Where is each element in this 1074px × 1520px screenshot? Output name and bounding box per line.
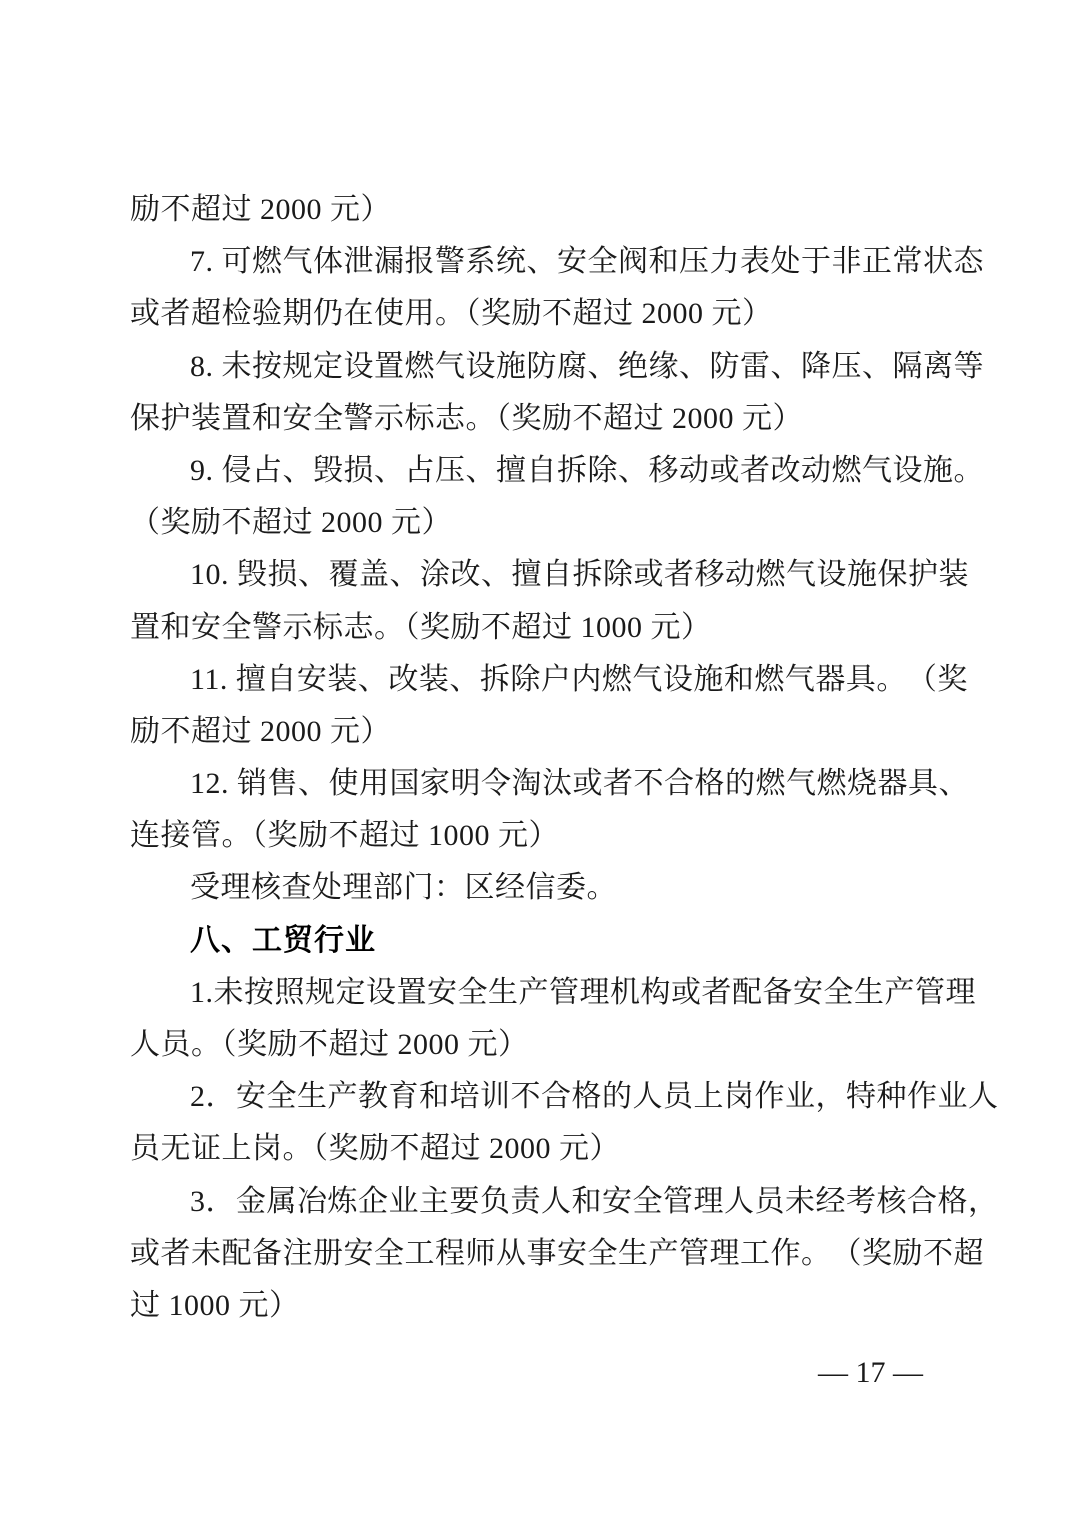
- text-token: 10.: [190, 549, 237, 601]
- text-token: 保: [878, 549, 909, 601]
- text-token: 或: [130, 1228, 161, 1280]
- text-token: 定: [313, 341, 344, 393]
- text-token: 者: [603, 758, 634, 810]
- text-token: 。: [954, 445, 985, 497]
- text-token: 置: [374, 341, 405, 393]
- text-token: 人: [724, 1176, 755, 1228]
- text-token: 可: [222, 236, 253, 288]
- text-token: 员: [755, 1176, 786, 1228]
- text-token: （: [907, 654, 938, 706]
- text-token: 工: [405, 1228, 436, 1280]
- text-token: 装: [327, 654, 358, 706]
- text-token: 设: [366, 967, 397, 1019]
- text-token: 置: [397, 967, 428, 1019]
- text-token: 设: [663, 654, 694, 706]
- text-token: 自: [542, 549, 573, 601]
- text-token: 奖: [862, 1228, 893, 1280]
- text-token: 泄: [344, 236, 375, 288]
- text-token: 淘: [512, 758, 543, 810]
- text-token: 状: [923, 236, 954, 288]
- text-token: 设: [344, 341, 375, 393]
- text-line: （奖励不超过 2000 元）: [130, 497, 952, 549]
- text-token: 燃: [252, 236, 283, 288]
- text-token: 装: [419, 654, 450, 706]
- text-token: （: [832, 1228, 863, 1280]
- text-token: 未: [222, 341, 253, 393]
- text-line: 过 1000 元）: [130, 1280, 952, 1332]
- text-token: 管: [663, 1176, 694, 1228]
- text-token: 雷: [740, 341, 771, 393]
- text-token: 、: [862, 341, 893, 393]
- text-token: 种: [877, 1071, 908, 1123]
- document-page: 励不超过 2000 元）7. 可燃气体泄漏报警系统、安全阀和压力表处于非正常状态…: [0, 0, 1074, 1520]
- text-line: 置和安全警示标志。（奖励不超过 1000 元）: [130, 602, 952, 654]
- text-token: 安: [793, 967, 824, 1019]
- text-token: 配: [732, 967, 763, 1019]
- text-token: 燃: [602, 654, 633, 706]
- text-token: 业: [389, 1176, 420, 1228]
- text-token: 培: [450, 1071, 481, 1123]
- text-token: 除: [588, 445, 619, 497]
- text-token: 产: [885, 967, 916, 1019]
- text-token: 规: [283, 341, 314, 393]
- text-token: 奖: [937, 654, 968, 706]
- text-token: 产: [649, 1228, 680, 1280]
- text-token: 烧: [847, 758, 878, 810]
- text-token: 安: [427, 967, 458, 1019]
- text-token: 安: [236, 1071, 267, 1123]
- text-token: 离: [923, 341, 954, 393]
- text-token: ．: [206, 1176, 237, 1228]
- text-token: 或: [671, 967, 702, 1019]
- text-token: 、: [939, 758, 970, 810]
- text-token: 1.: [190, 967, 214, 1019]
- text-token: 安: [557, 236, 588, 288]
- text-token: 者: [702, 967, 733, 1019]
- text-line: 12. 销售、使用国家明令淘汰或者不合格的燃气燃烧器具、: [130, 758, 952, 810]
- text-token: 者: [664, 549, 695, 601]
- text-token: 拆: [573, 549, 604, 601]
- text-line: 受理核查处理部门：区经信委。: [130, 862, 952, 914]
- text-token: 移: [649, 445, 680, 497]
- text-token: 施: [496, 341, 527, 393]
- text-token: 、: [771, 341, 802, 393]
- text-token: 具: [846, 654, 877, 706]
- text-token: 占: [405, 445, 436, 497]
- page-number: — 17 —: [818, 1347, 923, 1399]
- text-token: 汰: [542, 758, 573, 810]
- text-token: 气: [785, 654, 816, 706]
- text-token: 考: [846, 1176, 877, 1228]
- text-line: 员无证上岗。（奖励不超过 2000 元）: [130, 1123, 952, 1175]
- text-token: 8.: [190, 341, 222, 393]
- text-token: 9.: [190, 445, 222, 497]
- text-token: 生: [854, 967, 885, 1019]
- text-token: 等: [954, 341, 985, 393]
- text-token: 、: [527, 236, 558, 288]
- text-line: 人员。（奖励不超过 2000 元）: [130, 1019, 952, 1071]
- text-token: 动: [801, 445, 832, 497]
- text-token: 力: [710, 236, 741, 288]
- text-token: 使: [329, 758, 360, 810]
- text-token: 合: [541, 1071, 572, 1123]
- text-token: 统: [496, 236, 527, 288]
- text-line: 9. 侵占、毁损、占压、擅自拆除、移动或者改动燃气设施。: [130, 445, 952, 497]
- text-token: 冶: [297, 1176, 328, 1228]
- text-token: 表: [740, 236, 771, 288]
- text-token: 气: [632, 654, 663, 706]
- text-line: 7. 可燃气体泄漏报警系统、安全阀和压力表处于非正常状态: [130, 236, 952, 288]
- text-token: 备: [252, 1228, 283, 1280]
- text-token: 备: [763, 967, 794, 1019]
- text-token: 管: [679, 1228, 710, 1280]
- text-token: 自: [266, 654, 297, 706]
- text-token: 国: [390, 758, 421, 810]
- text-token: 安: [297, 654, 328, 706]
- text-token: 理: [694, 1176, 725, 1228]
- text-token: 非: [832, 236, 863, 288]
- text-token: 、: [358, 654, 389, 706]
- text-token: 护: [908, 549, 939, 601]
- text-token: 全: [633, 1176, 664, 1228]
- text-token: 属: [267, 1176, 298, 1228]
- text-token: 责: [511, 1176, 542, 1228]
- text-token: 不: [923, 1228, 954, 1280]
- text-token: 金: [236, 1176, 267, 1228]
- text-token: 压: [832, 341, 863, 393]
- text-token: 气: [283, 236, 314, 288]
- text-token: 压: [679, 236, 710, 288]
- text-token: 气: [786, 758, 817, 810]
- text-line: 1.未按照规定设置安全生产管理机构或者配备安全生产管理: [130, 967, 952, 1019]
- text-token: 负: [480, 1176, 511, 1228]
- text-token: 全: [267, 1071, 298, 1123]
- text-token: 拆: [557, 445, 588, 497]
- text-token: 和: [649, 236, 680, 288]
- text-token: 改: [388, 654, 419, 706]
- text-token: 毁: [313, 445, 344, 497]
- text-token: 销: [237, 758, 268, 810]
- text-token: 主: [419, 1176, 450, 1228]
- text-token: 和: [572, 1176, 603, 1228]
- text-token: 、: [283, 445, 314, 497]
- text-token: 教: [358, 1071, 389, 1123]
- text-token: 人: [968, 1071, 999, 1123]
- text-token: 移: [695, 549, 726, 601]
- text-token: 的: [602, 1071, 633, 1123]
- text-token: 燃: [405, 341, 436, 393]
- text-token: 工: [740, 1228, 771, 1280]
- text-token: 涂: [420, 549, 451, 601]
- text-token: 、: [390, 549, 421, 601]
- text-line: 保护装置和安全警示标志。（奖励不超过 2000 元）: [130, 393, 952, 445]
- text-line: 3．金属冶炼企业主要负责人和安全管理人员未经考核合格，: [130, 1176, 952, 1228]
- text-token: 动: [725, 549, 756, 601]
- text-token: 防: [710, 341, 741, 393]
- text-token: 明: [451, 758, 482, 810]
- text-line: 11. 擅自安装、改装、拆除户内燃气设施和燃气器具。（奖: [130, 654, 952, 706]
- text-token: 、: [298, 758, 329, 810]
- text-token: ，: [816, 1071, 847, 1123]
- text-token: 未: [785, 1176, 816, 1228]
- text-token: 励: [893, 1228, 924, 1280]
- text-token: 家: [420, 758, 451, 810]
- text-token: 12.: [190, 758, 237, 810]
- text-token: 降: [801, 341, 832, 393]
- text-token: 燃: [756, 549, 787, 601]
- text-token: 、: [481, 549, 512, 601]
- text-token: 2: [190, 1071, 206, 1123]
- text-token: 压: [435, 445, 466, 497]
- text-token: 擅: [496, 445, 527, 497]
- text-token: 气: [862, 445, 893, 497]
- text-line: 励不超过 2000 元）: [130, 706, 952, 758]
- text-token: 岗: [724, 1071, 755, 1123]
- text-token: 作: [755, 1071, 786, 1123]
- text-token: 燃: [832, 445, 863, 497]
- text-token: 特: [846, 1071, 877, 1123]
- text-token: 格: [572, 1071, 603, 1123]
- text-token: 拆: [480, 654, 511, 706]
- text-token: 格: [938, 1176, 969, 1228]
- text-token: 安: [344, 1228, 375, 1280]
- text-token: 按: [252, 341, 283, 393]
- text-token: 动: [679, 445, 710, 497]
- text-token: 产: [328, 1071, 359, 1123]
- text-token: 或: [710, 445, 741, 497]
- text-token: 人: [633, 1071, 664, 1123]
- text-token: 腐: [557, 341, 588, 393]
- text-token: 安: [557, 1228, 588, 1280]
- text-token: 户: [541, 654, 572, 706]
- text-token: 防: [527, 341, 558, 393]
- text-token: 程: [435, 1228, 466, 1280]
- text-token: 生: [618, 1228, 649, 1280]
- text-token: 合: [664, 758, 695, 810]
- text-token: 气: [435, 341, 466, 393]
- text-token: 生: [297, 1071, 328, 1123]
- text-token: 者: [161, 1228, 192, 1280]
- text-token: 内: [571, 654, 602, 706]
- text-token: 、: [679, 341, 710, 393]
- text-token: 侵: [222, 445, 253, 497]
- text-token: 员: [663, 1071, 694, 1123]
- text-token: 改: [451, 549, 482, 601]
- text-token: 、: [466, 445, 497, 497]
- text-token: 损: [344, 445, 375, 497]
- text-token: 损: [268, 549, 299, 601]
- text-token: ，: [968, 1176, 999, 1228]
- section-heading: 八、工贸行业: [130, 915, 952, 967]
- text-token: ．: [206, 1071, 237, 1123]
- text-token: 和: [724, 654, 755, 706]
- text-token: 盖: [359, 549, 390, 601]
- text-block: 励不超过 2000 元）7. 可燃气体泄漏报警系统、安全阀和压力表处于非正常状态…: [130, 184, 952, 1332]
- text-token: 缘: [649, 341, 680, 393]
- text-token: 擅: [512, 549, 543, 601]
- text-token: 漏: [374, 236, 405, 288]
- text-token: 照: [275, 967, 306, 1019]
- text-token: 擅: [236, 654, 267, 706]
- text-token: 全: [374, 1228, 405, 1280]
- text-token: 册: [313, 1228, 344, 1280]
- text-token: 、: [618, 445, 649, 497]
- text-token: 注: [283, 1228, 314, 1280]
- text-token: 燃: [817, 758, 848, 810]
- text-token: 从: [496, 1228, 527, 1280]
- text-token: 3: [190, 1176, 206, 1228]
- text-token: 设: [817, 549, 848, 601]
- text-token: 人: [541, 1176, 572, 1228]
- text-token: 全: [588, 236, 619, 288]
- text-token: 用: [359, 758, 390, 810]
- text-token: 未: [214, 967, 245, 1019]
- text-token: 超: [954, 1228, 985, 1280]
- text-token: 上: [694, 1071, 725, 1123]
- text-token: 要: [450, 1176, 481, 1228]
- text-token: 未: [191, 1228, 222, 1280]
- text-token: 售: [268, 758, 299, 810]
- text-line: 励不超过 2000 元）: [130, 184, 952, 236]
- text-token: 事: [527, 1228, 558, 1280]
- text-token: 全: [458, 967, 489, 1019]
- text-token: 7.: [190, 236, 222, 288]
- text-token: 理: [710, 1228, 741, 1280]
- text-token: 器: [878, 758, 909, 810]
- text-token: 警: [435, 236, 466, 288]
- text-token: 于: [801, 236, 832, 288]
- text-token: 、: [298, 549, 329, 601]
- text-token: 理: [946, 967, 977, 1019]
- text-token: 业: [785, 1071, 816, 1123]
- text-token: 、: [374, 445, 405, 497]
- text-token: 经: [816, 1176, 847, 1228]
- text-token: 处: [771, 236, 802, 288]
- text-token: 改: [771, 445, 802, 497]
- text-token: 生: [488, 967, 519, 1019]
- text-token: 令: [481, 758, 512, 810]
- text-token: 覆: [329, 549, 360, 601]
- text-token: 燃: [754, 654, 785, 706]
- text-token: 管: [915, 967, 946, 1019]
- text-token: 除: [510, 654, 541, 706]
- text-token: 报: [405, 236, 436, 288]
- text-line: 10. 毁损、覆盖、涂改、擅自拆除或者移动燃气设施保护装: [130, 549, 952, 601]
- text-token: 、: [588, 341, 619, 393]
- text-line: 2．安全生产教育和培训不合格的人员上岗作业，特种作业人: [130, 1071, 952, 1123]
- text-token: 气: [786, 549, 817, 601]
- text-token: 安: [602, 1176, 633, 1228]
- text-token: 器: [815, 654, 846, 706]
- text-token: 和: [419, 1071, 450, 1123]
- text-token: 的: [725, 758, 756, 810]
- text-token: 或: [634, 549, 665, 601]
- text-token: 。: [876, 654, 907, 706]
- text-token: 全: [824, 967, 855, 1019]
- text-token: 具: [908, 758, 939, 810]
- text-token: 施: [847, 549, 878, 601]
- text-line: 或者未配备注册安全工程师从事安全生产管理工作。（奖励不超: [130, 1228, 952, 1280]
- text-line: 或者超检验期仍在使用。（奖励不超过 2000 元）: [130, 288, 952, 340]
- text-token: 定: [336, 967, 367, 1019]
- text-token: 施: [693, 654, 724, 706]
- text-token: 态: [954, 236, 985, 288]
- text-token: 系: [466, 236, 497, 288]
- text-token: 企: [358, 1176, 389, 1228]
- text-token: 。: [801, 1228, 832, 1280]
- text-token: 占: [252, 445, 283, 497]
- text-line: 8. 未按规定设置燃气设施防腐、绝缘、防雷、降压、隔离等: [130, 341, 952, 393]
- text-token: 按: [244, 967, 275, 1019]
- text-token: 核: [877, 1176, 908, 1228]
- text-token: 燃: [756, 758, 787, 810]
- text-token: 自: [527, 445, 558, 497]
- text-token: 理: [580, 967, 611, 1019]
- text-token: 阀: [618, 236, 649, 288]
- text-token: 毁: [237, 549, 268, 601]
- text-token: 装: [939, 549, 970, 601]
- text-token: 施: [923, 445, 954, 497]
- text-token: 管: [549, 967, 580, 1019]
- text-token: 不: [634, 758, 665, 810]
- text-token: 或: [573, 758, 604, 810]
- text-token: 构: [641, 967, 672, 1019]
- text-token: 者: [740, 445, 771, 497]
- text-token: 绝: [618, 341, 649, 393]
- text-line: 连接管。（奖励不超过 1000 元）: [130, 810, 952, 862]
- text-token: 不: [511, 1071, 542, 1123]
- text-token: 业: [938, 1071, 969, 1123]
- text-token: 合: [907, 1176, 938, 1228]
- text-token: 师: [466, 1228, 497, 1280]
- text-token: 作: [907, 1071, 938, 1123]
- text-token: 规: [305, 967, 336, 1019]
- text-token: 作: [771, 1228, 802, 1280]
- text-token: 育: [389, 1071, 420, 1123]
- text-token: 格: [695, 758, 726, 810]
- text-token: 训: [480, 1071, 511, 1123]
- text-token: 常: [893, 236, 924, 288]
- text-token: 炼: [328, 1176, 359, 1228]
- text-token: 除: [603, 549, 634, 601]
- text-token: 配: [222, 1228, 253, 1280]
- text-token: 全: [588, 1228, 619, 1280]
- text-token: 体: [313, 236, 344, 288]
- text-token: 设: [466, 341, 497, 393]
- text-token: 隔: [893, 341, 924, 393]
- text-token: 机: [610, 967, 641, 1019]
- text-token: 产: [519, 967, 550, 1019]
- text-token: 设: [893, 445, 924, 497]
- text-token: 正: [862, 236, 893, 288]
- text-token: 11.: [190, 654, 236, 706]
- text-token: 、: [449, 654, 480, 706]
